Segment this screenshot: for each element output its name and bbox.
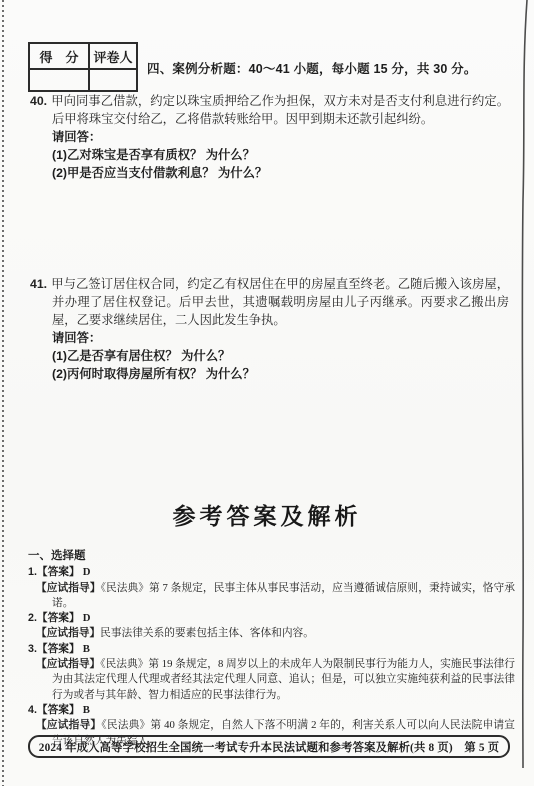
answer-letter: B <box>83 643 90 655</box>
score-cell-empty <box>29 69 89 91</box>
answer-item-1: 1.【答案】D 【应试指导】《民法典》第 7 条规定，民事主体从事民事活动，应当… <box>28 565 515 611</box>
answer-letter: D <box>83 612 91 624</box>
score-table: 得 分 评卷人 <box>28 42 138 92</box>
answer-label: 【答案】 <box>37 643 80 655</box>
guide-text: 《民法典》第 7 条规定，民事主体从事民事活动，应当遵循诚信原则，秉持诚实，恪守… <box>52 582 515 609</box>
answer-letter: B <box>83 704 90 716</box>
grader-cell-empty <box>89 69 137 91</box>
question-text: 甲向同事乙借款，约定以珠宝质押给乙作为担保，双方未对是否支付利息进行约定。后甲将… <box>51 94 509 126</box>
answer-number: 3. <box>28 643 37 655</box>
sub-question-1: (1)乙是否享有居住权？ 为什么？ <box>30 348 509 366</box>
guide-label: 【应试指导】 <box>36 627 100 639</box>
answer-number: 2. <box>28 612 37 624</box>
sub-question-2: (2)甲是否应当支付借款利息？ 为什么？ <box>30 165 509 183</box>
guide-line: 【应试指导】《民法典》第 7 条规定，民事主体从事民事活动，应当遵循诚信原则，秉… <box>28 581 515 612</box>
guide-text: 《民法典》第 19 条规定，8 周岁以上的未成年人为限制民事行为能力人，实施民事… <box>52 658 515 701</box>
question-number: 41. <box>30 277 47 291</box>
answer-line: 1.【答案】D <box>28 565 515 580</box>
guide-text: 民事法律关系的要素包括主体、客体和内容。 <box>100 627 314 639</box>
answer-label: 【答案】 <box>37 566 80 578</box>
score-cell-label: 得 分 <box>29 43 89 69</box>
answer-item-2: 2.【答案】D 【应试指导】民事法律关系的要素包括主体、客体和内容。 <box>28 611 515 642</box>
question-body: 40.甲向同事乙借款，约定以珠宝质押给乙作为担保，双方未对是否支付利息进行约定。… <box>30 93 509 129</box>
scanned-exam-page: 得 分 评卷人 四、案例分析题：40～41 小题，每小题 15 分，共 30 分… <box>0 0 534 786</box>
answer-line: 2.【答案】D <box>28 611 515 626</box>
sub-question-1: (1)乙对珠宝是否享有质权？ 为什么？ <box>30 147 509 165</box>
section-header: 四、案例分析题：40～41 小题，每小题 15 分，共 30 分。 <box>147 59 527 77</box>
answer-number: 1. <box>28 566 37 578</box>
answer-label: 【答案】 <box>37 612 80 624</box>
answer-line: 4.【答案】B <box>28 703 515 718</box>
question-number: 40. <box>30 94 47 108</box>
guide-line: 【应试指导】民事法律关系的要素包括主体、客体和内容。 <box>28 626 515 641</box>
answers-block: 一、选择题 1.【答案】D 【应试指导】《民法典》第 7 条规定，民事主体从事民… <box>28 549 515 749</box>
answer-prompt: 请回答： <box>30 129 509 147</box>
guide-label: 【应试指导】 <box>36 658 100 670</box>
question-block-40: 40.甲向同事乙借款，约定以珠宝质押给乙作为担保，双方未对是否支付利息进行约定。… <box>30 93 509 183</box>
answer-item-3: 3.【答案】B 【应试指导】《民法典》第 19 条规定，8 周岁以上的未成年人为… <box>28 642 515 703</box>
answer-letter: D <box>83 566 91 578</box>
answer-label: 【答案】 <box>37 704 80 716</box>
answer-number: 4. <box>28 704 37 716</box>
answers-section-header: 一、选择题 <box>28 549 515 564</box>
answer-line: 3.【答案】B <box>28 642 515 657</box>
question-block-41: 41.甲与乙签订居住权合同，约定乙有权居住在甲的房屋直至终老。乙随后搬入该房屋，… <box>30 276 509 383</box>
page-footer: 2024 年成人高等学校招生全国统一考试专升本民法试题和参考答案及解析(共 8 … <box>28 735 510 758</box>
guide-label: 【应试指导】 <box>36 582 101 594</box>
answers-title: 参考答案及解析 <box>0 498 534 531</box>
guide-label: 【应试指导】 <box>36 719 101 731</box>
binding-perforation-left <box>2 0 4 786</box>
guide-line: 【应试指导】《民法典》第 19 条规定，8 周岁以上的未成年人为限制民事行为能力… <box>28 657 515 703</box>
footer-text: 2024 年成人高等学校招生全国统一考试专升本民法试题和参考答案及解析(共 8 … <box>39 739 500 755</box>
answer-prompt: 请回答： <box>30 330 509 348</box>
question-text: 甲与乙签订居住权合同，约定乙有权居住在甲的房屋直至终老。乙随后搬入该房屋，并办理… <box>51 277 509 327</box>
question-body: 41.甲与乙签订居住权合同，约定乙有权居住在甲的房屋直至终老。乙随后搬入该房屋，… <box>30 276 509 330</box>
grader-cell-label: 评卷人 <box>89 43 137 69</box>
sub-question-2: (2)丙何时取得房屋所有权？ 为什么？ <box>30 366 509 384</box>
